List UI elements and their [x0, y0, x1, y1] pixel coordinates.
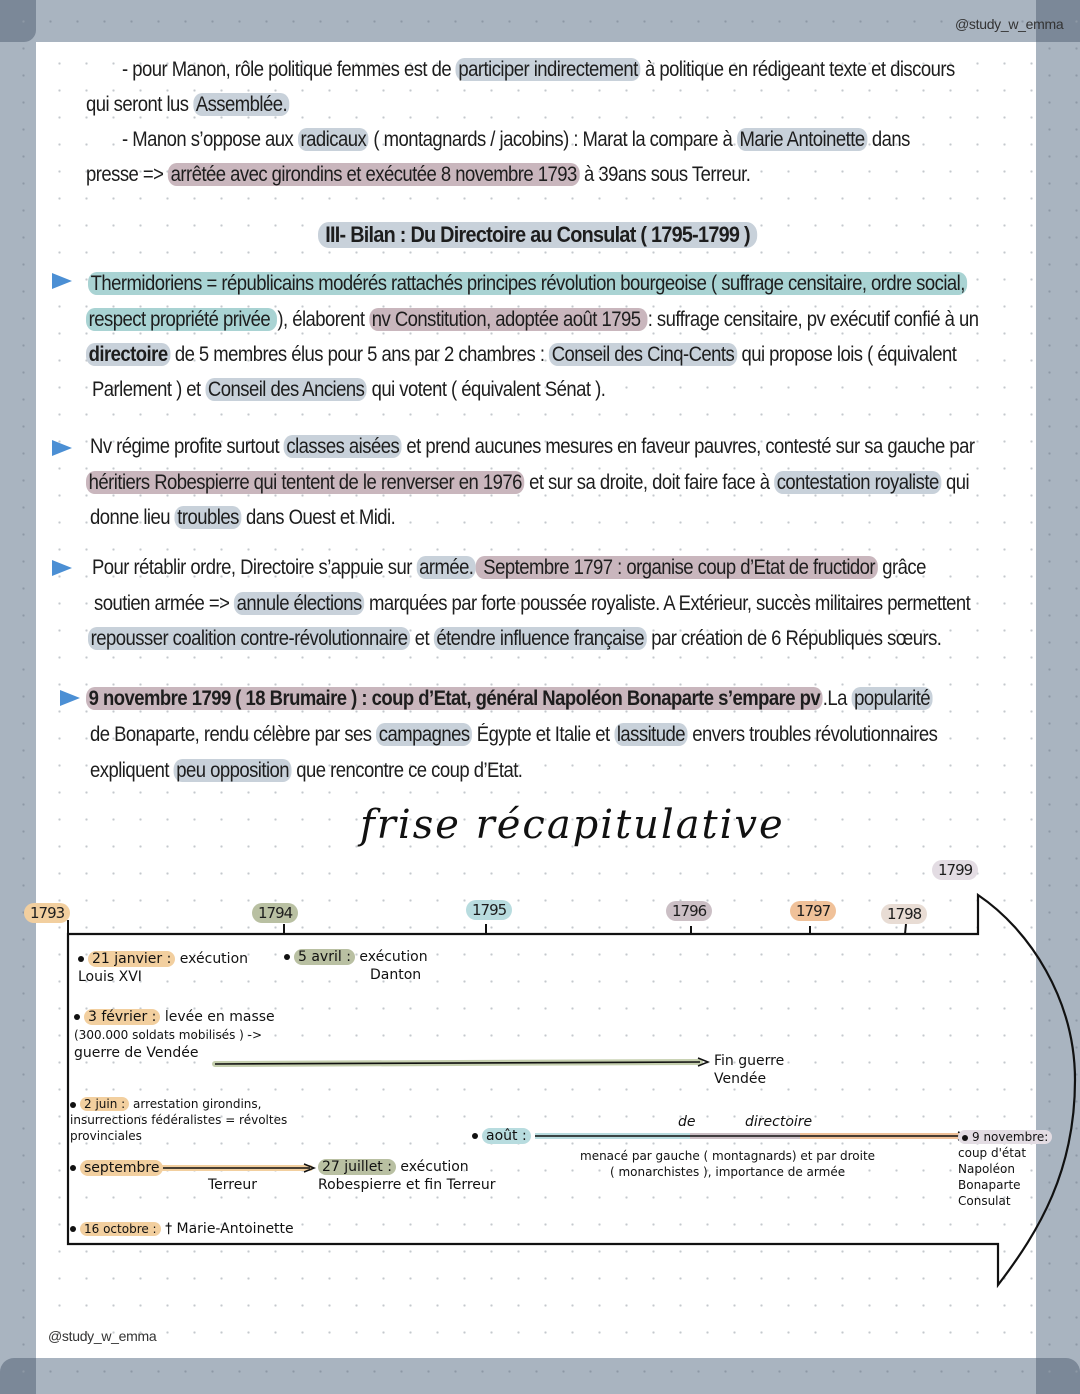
bullet-dot — [74, 1014, 80, 1020]
year-1797: 1797 — [790, 901, 836, 921]
year-1794: 1794 — [252, 903, 298, 923]
bullet-dot — [70, 1226, 76, 1232]
directoire-label: directoire — [745, 1113, 812, 1131]
bullet-dot — [78, 956, 84, 962]
event-27-juillet: 27 juillet : exécution Robespierre et fi… — [318, 1158, 496, 1194]
bullet-dot — [472, 1133, 478, 1139]
event-fin-guerre-vendee: Fin guerre Vendée — [714, 1052, 784, 1088]
event-aout: août : — [472, 1127, 531, 1145]
year-1798: 1798 — [881, 904, 927, 924]
bullet-dot — [284, 954, 290, 960]
event-21-janvier: 21 janvier : exécution Louis XVI — [78, 950, 248, 986]
year-1795: 1795 — [466, 900, 512, 920]
event-3-fevrier: 3 février : levée en masse (300.000 sold… — [74, 1008, 275, 1062]
event-9-novembre: 9 novembre: coup d'état Napoléon Bonapar… — [958, 1129, 1052, 1209]
timeline-graphic — [0, 0, 1080, 1394]
event-16-octobre: 16 octobre : † Marie-Antoinette — [70, 1220, 294, 1238]
year-1793: 1793 — [24, 903, 70, 923]
directoire-label-de: de — [678, 1113, 696, 1131]
year-1799: 1799 — [932, 860, 978, 880]
directoire-description: menacé par gauche ( montagnards) et par … — [580, 1148, 875, 1180]
event-5-avril: 5 avril : exécution Danton — [284, 948, 428, 984]
terreur-label: Terreur — [208, 1176, 257, 1194]
bullet-dot — [962, 1135, 968, 1141]
event-2-juin: 2 juin : arrestation girondins, insurrec… — [70, 1096, 287, 1144]
event-septembre: septembre — [70, 1159, 163, 1177]
bullet-dot — [70, 1102, 76, 1108]
bullet-dot — [70, 1165, 76, 1171]
year-1796: 1796 — [666, 901, 712, 921]
